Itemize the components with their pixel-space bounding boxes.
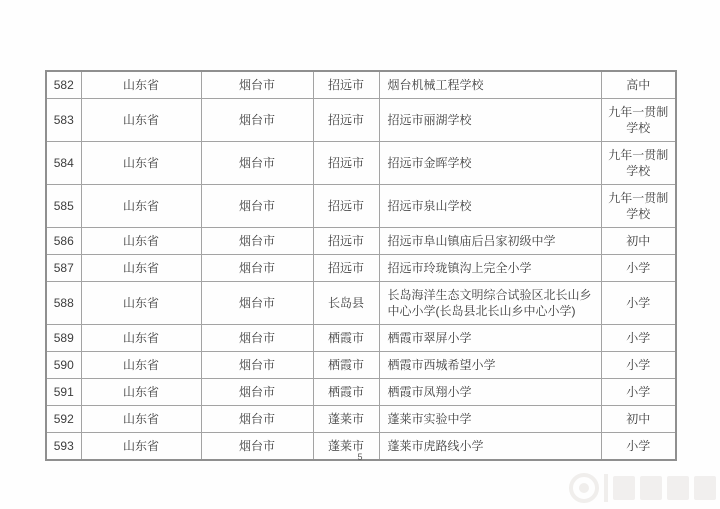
table-row: 584山东省烟台市招远市招远市金晖学校九年一贯制学校 [46,142,676,185]
no-cell: 592 [46,406,81,433]
city-cell: 烟台市 [201,228,313,255]
province-cell: 山东省 [81,433,201,461]
type-cell: 小学 [601,325,676,352]
province-cell: 山东省 [81,282,201,325]
province-cell: 山东省 [81,228,201,255]
district-cell: 栖霞市 [313,352,379,379]
school-cell: 栖霞市西城希望小学 [379,352,601,379]
type-cell: 小学 [601,433,676,461]
district-cell: 栖霞市 [313,325,379,352]
district-cell: 招远市 [313,142,379,185]
district-cell: 蓬莱市 [313,433,379,461]
type-cell: 小学 [601,379,676,406]
province-cell: 山东省 [81,255,201,282]
province-cell: 山东省 [81,185,201,228]
district-cell: 招远市 [313,71,379,99]
school-cell: 栖霞市凤翔小学 [379,379,601,406]
district-cell: 长岛县 [313,282,379,325]
school-cell: 招远市阜山镇庙后吕家初级中学 [379,228,601,255]
no-cell: 586 [46,228,81,255]
document-page: 582山东省烟台市招远市烟台机械工程学校高中583山东省烟台市招远市招远市丽湖学… [0,0,720,509]
city-cell: 烟台市 [201,99,313,142]
type-cell: 九年一贯制学校 [601,99,676,142]
province-cell: 山东省 [81,325,201,352]
table-row: 585山东省烟台市招远市招远市泉山学校九年一贯制学校 [46,185,676,228]
no-cell: 584 [46,142,81,185]
type-cell: 小学 [601,255,676,282]
district-cell: 蓬莱市 [313,406,379,433]
watermark-glyph [613,476,635,500]
city-cell: 烟台市 [201,71,313,99]
province-cell: 山东省 [81,352,201,379]
camera-logo-icon [569,473,599,503]
type-cell: 九年一贯制学校 [601,142,676,185]
city-cell: 烟台市 [201,255,313,282]
school-cell: 招远市丽湖学校 [379,99,601,142]
no-cell: 585 [46,185,81,228]
province-cell: 山东省 [81,142,201,185]
table-row: 590山东省烟台市栖霞市栖霞市西城希望小学小学 [46,352,676,379]
table-row: 591山东省烟台市栖霞市栖霞市凤翔小学小学 [46,379,676,406]
school-cell: 招远市金晖学校 [379,142,601,185]
province-cell: 山东省 [81,406,201,433]
page-number: 5 [353,452,367,462]
district-cell: 招远市 [313,255,379,282]
type-cell: 初中 [601,228,676,255]
city-cell: 烟台市 [201,185,313,228]
no-cell: 593 [46,433,81,461]
table-row: 588山东省烟台市长岛县长岛海洋生态文明综合试验区北长山乡中心小学(长岛县北长山… [46,282,676,325]
watermark-divider [604,474,608,502]
province-cell: 山东省 [81,379,201,406]
table-row: 592山东省烟台市蓬莱市蓬莱市实验中学初中 [46,406,676,433]
city-cell: 烟台市 [201,325,313,352]
watermark-glyph [640,476,662,500]
school-list-table: 582山东省烟台市招远市烟台机械工程学校高中583山东省烟台市招远市招远市丽湖学… [45,70,677,461]
school-cell: 蓬莱市实验中学 [379,406,601,433]
school-cell: 招远市玲珑镇沟上完全小学 [379,255,601,282]
school-cell: 栖霞市翠屏小学 [379,325,601,352]
school-cell: 蓬莱市虎路线小学 [379,433,601,461]
watermark-glyph [667,476,689,500]
province-cell: 山东省 [81,71,201,99]
school-list-table-body: 582山东省烟台市招远市烟台机械工程学校高中583山东省烟台市招远市招远市丽湖学… [46,71,676,460]
no-cell: 589 [46,325,81,352]
city-cell: 烟台市 [201,282,313,325]
table-row: 587山东省烟台市招远市招远市玲珑镇沟上完全小学小学 [46,255,676,282]
type-cell: 小学 [601,352,676,379]
table-row: 583山东省烟台市招远市招远市丽湖学校九年一贯制学校 [46,99,676,142]
no-cell: 591 [46,379,81,406]
school-cell: 烟台机械工程学校 [379,71,601,99]
district-cell: 栖霞市 [313,379,379,406]
table-row: 586山东省烟台市招远市招远市阜山镇庙后吕家初级中学初中 [46,228,676,255]
watermark-glyph [694,476,716,500]
no-cell: 588 [46,282,81,325]
table-row: 582山东省烟台市招远市烟台机械工程学校高中 [46,71,676,99]
district-cell: 招远市 [313,185,379,228]
table-row: 589山东省烟台市栖霞市栖霞市翠屏小学小学 [46,325,676,352]
city-cell: 烟台市 [201,352,313,379]
city-cell: 烟台市 [201,142,313,185]
no-cell: 587 [46,255,81,282]
school-cell: 长岛海洋生态文明综合试验区北长山乡中心小学(长岛县北长山乡中心小学) [379,282,601,325]
type-cell: 高中 [601,71,676,99]
province-cell: 山东省 [81,99,201,142]
type-cell: 初中 [601,406,676,433]
school-cell: 招远市泉山学校 [379,185,601,228]
no-cell: 583 [46,99,81,142]
city-cell: 烟台市 [201,433,313,461]
district-cell: 招远市 [313,99,379,142]
city-cell: 烟台市 [201,406,313,433]
district-cell: 招远市 [313,228,379,255]
type-cell: 小学 [601,282,676,325]
no-cell: 582 [46,71,81,99]
type-cell: 九年一贯制学校 [601,185,676,228]
city-cell: 烟台市 [201,379,313,406]
no-cell: 590 [46,352,81,379]
watermark [569,473,716,503]
